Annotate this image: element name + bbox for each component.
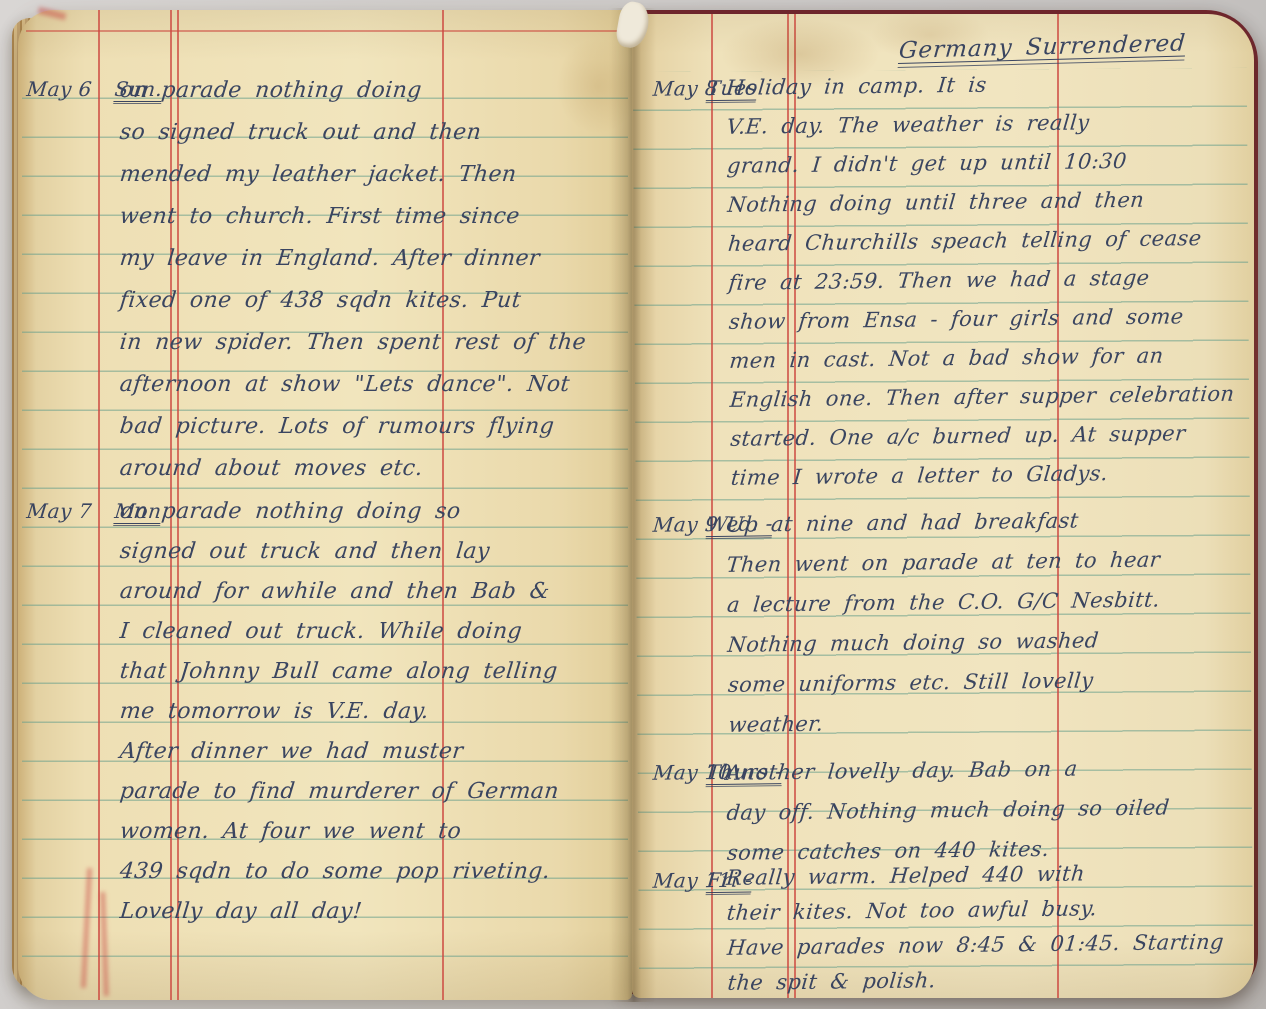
entry-line: started. One a/c burned up. At supper bbox=[729, 413, 1259, 458]
entry-line: a lecture from the C.O. G/C Nesbitt. bbox=[725, 578, 1255, 624]
page-header-germany-surrendered: Germany Surrendered bbox=[898, 31, 1187, 68]
diary-entry-may-6: May 6 Sun. on parade nothing doingso sig… bbox=[18, 70, 632, 490]
entry-line: show from Ensa - four girls and some bbox=[727, 296, 1257, 341]
entry-line: heard Churchills speach telling of cease bbox=[726, 218, 1256, 263]
entry-line: Holiday in camp. It is bbox=[724, 62, 1254, 107]
entry-text: Up at nine and had breakfastThen went on… bbox=[728, 498, 1257, 744]
entry-line: me tomorrow is V.E. day. bbox=[118, 692, 632, 732]
entry-line: went to church. First time since bbox=[118, 196, 632, 238]
diary-entry-may-9: May 9 Wed. - Up at nine and had breakfas… bbox=[632, 498, 1257, 746]
entry-line: my leave in England. After dinner bbox=[118, 238, 632, 280]
entry-line: 439 sqdn to do some pop riveting. bbox=[118, 852, 632, 892]
notebook: May 6 Sun. on parade nothing doingso sig… bbox=[12, 2, 1256, 1006]
red-margin-line-top bbox=[26, 30, 624, 32]
entry-line: parade to find murderer of German bbox=[118, 772, 632, 812]
entry-line: around for awhile and then Bab & bbox=[118, 572, 632, 612]
notebook-page-right: Germany Surrendered May 8 Tues Holiday i… bbox=[632, 14, 1254, 998]
entry-line: signed out truck and then lay bbox=[118, 532, 632, 572]
diary-entry-may-11: May 11 Fri - Really warm. Helped 440 wit… bbox=[632, 854, 1256, 1002]
entry-text: Another lovelly day. Bab on aday off. No… bbox=[728, 746, 1255, 872]
entry-line: bad picture. Lots of rumours flying bbox=[118, 406, 632, 448]
entry-line: afternoon at show "Lets dance". Not bbox=[118, 364, 632, 406]
entry-text: on parade nothing doing sosigned out tru… bbox=[122, 492, 632, 932]
entry-line: V.E. day. The weather is really bbox=[725, 101, 1255, 146]
entry-date: May 7 bbox=[25, 499, 93, 523]
entry-line: around about moves etc. bbox=[118, 448, 632, 490]
entry-line: time I wrote a letter to Gladys. bbox=[729, 452, 1259, 497]
entry-line: the spit & polish. bbox=[726, 959, 1255, 1000]
entry-text: on parade nothing doingso signed truck o… bbox=[122, 70, 632, 490]
entry-line: men in cast. Not a bad show for an bbox=[728, 335, 1258, 380]
entry-line: English one. Then after supper celebrati… bbox=[728, 374, 1258, 419]
diary-entry-may-7: May 7 Mon on parade nothing doing sosign… bbox=[18, 492, 632, 932]
entry-line: on parade nothing doing so bbox=[118, 492, 632, 532]
entry-line: some uniforms etc. Still lovelly bbox=[726, 658, 1256, 704]
entry-line: that Johnny Bull came along telling bbox=[118, 652, 632, 692]
entry-line: After dinner we had muster bbox=[118, 732, 632, 772]
entry-line: day off. Nothing much doing so oiled bbox=[725, 786, 1255, 832]
entry-line: Nothing much doing so washed bbox=[726, 618, 1256, 664]
entry-date: May 6 bbox=[25, 77, 93, 101]
entry-line: Nothing doing until three and then bbox=[726, 179, 1256, 224]
entry-text: Holiday in camp. It isV.E. day. The weat… bbox=[728, 62, 1259, 497]
entry-line: I cleaned out truck. While doing bbox=[118, 612, 632, 652]
entry-line: fire at 23:59. Then we had a stage bbox=[727, 257, 1257, 302]
diary-entry-may-8: May 8 Tues Holiday in camp. It isV.E. da… bbox=[632, 62, 1259, 499]
entry-line: Another lovelly day. Bab on a bbox=[724, 746, 1254, 792]
entry-line: in new spider. Then spent rest of the bbox=[118, 322, 632, 364]
entry-text: Really warm. Helped 440 withtheir kites.… bbox=[728, 854, 1256, 1000]
entry-line: Up at nine and had breakfast bbox=[724, 498, 1254, 544]
photo-background: May 6 Sun. on parade nothing doingso sig… bbox=[0, 0, 1266, 1009]
entry-line: fixed one of 438 sqdn kites. Put bbox=[118, 280, 632, 322]
notebook-page-left: May 6 Sun. on parade nothing doingso sig… bbox=[18, 10, 632, 1000]
red-edge-smudge bbox=[38, 7, 67, 21]
entry-line: so signed truck out and then bbox=[118, 112, 632, 154]
entry-line: Then went on parade at ten to hear bbox=[725, 538, 1255, 584]
entry-line: grand. I didn't get up until 10:30 bbox=[725, 140, 1255, 185]
entry-line: Lovelly day all day! bbox=[118, 892, 632, 932]
entry-line: mended my leather jacket. Then bbox=[118, 154, 632, 196]
entry-line: weather. bbox=[727, 698, 1257, 744]
entry-line: women. At four we went to bbox=[118, 812, 632, 852]
entry-line: on parade nothing doing bbox=[118, 70, 632, 112]
